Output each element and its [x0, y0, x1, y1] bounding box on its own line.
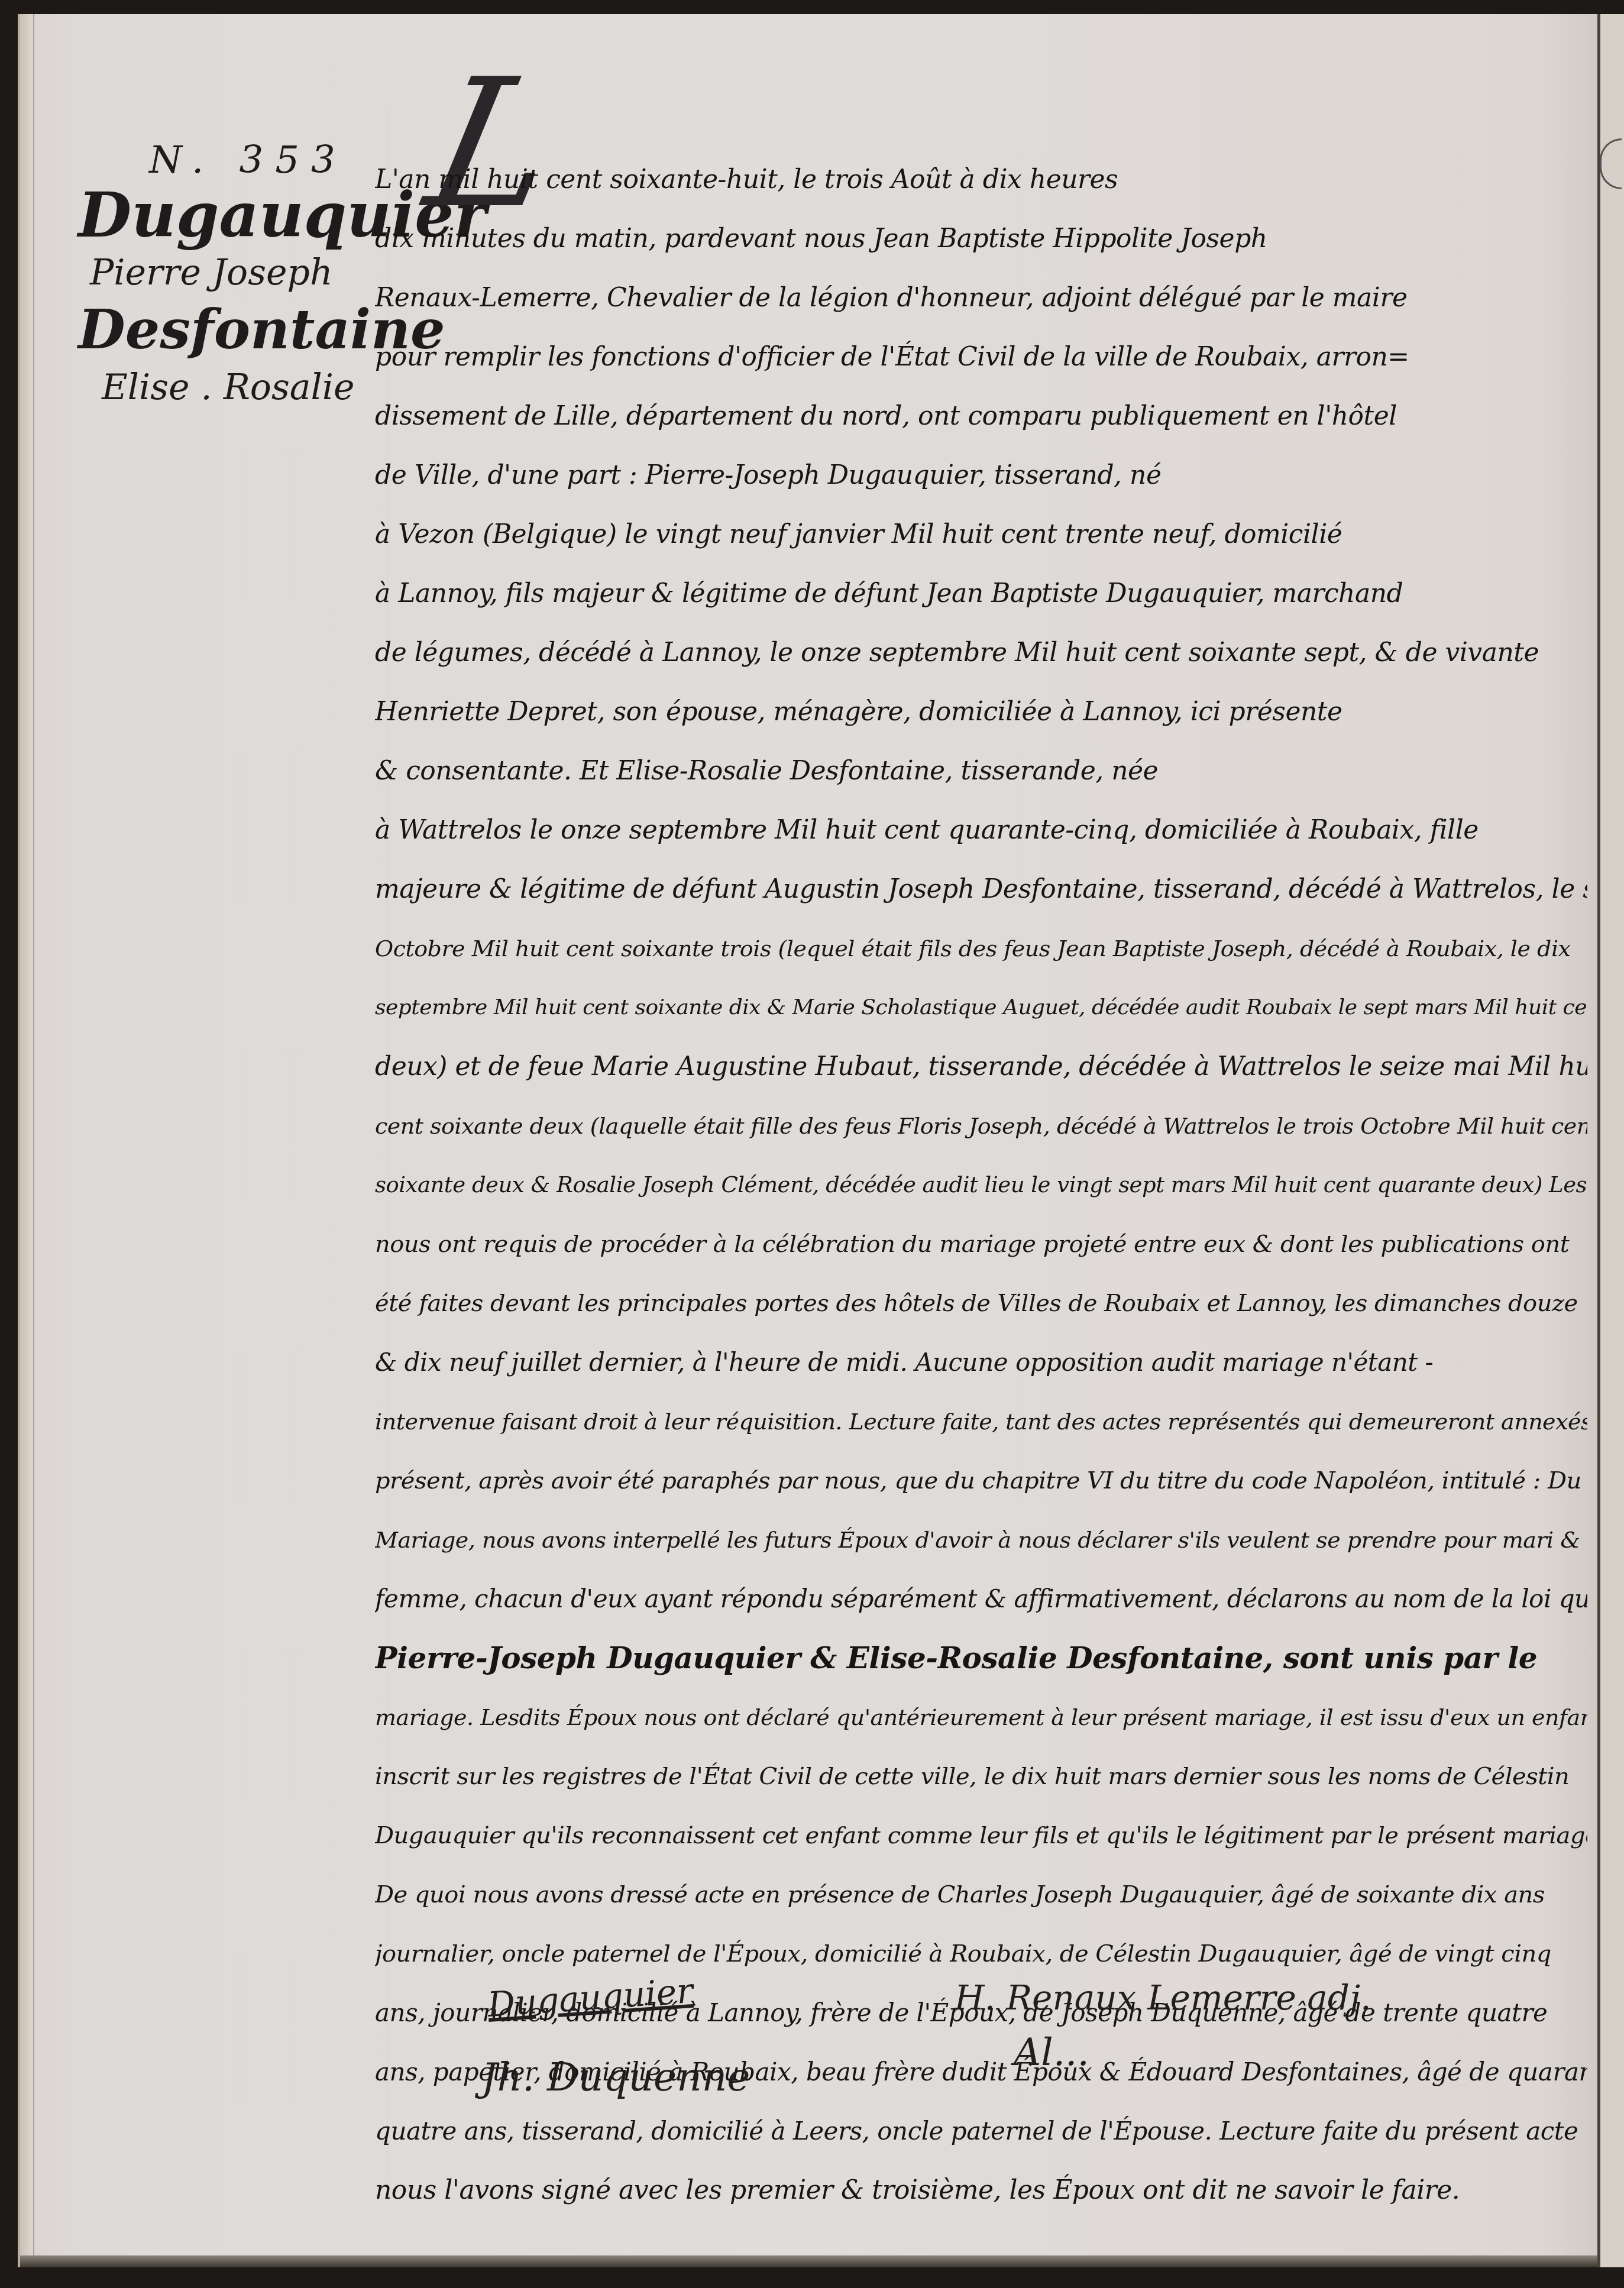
text-line: à Wattrelos le onze septembre Mil huit c… — [375, 801, 1587, 860]
bride-surname: Desfontaine — [78, 297, 392, 362]
text-line: été faites devant les principales portes… — [375, 1274, 1587, 1333]
signature-renaux-lemerre: H. Renaux Lemerre adj. — [955, 1978, 1371, 2018]
text-line: nous ont requis de procéder à la célébra… — [375, 1215, 1587, 1274]
text-line: Mariage, nous avons interpellé les futur… — [375, 1510, 1587, 1569]
text-line: majeure & légitime de défunt Augustin Jo… — [375, 860, 1587, 919]
text-line: pour remplir les fonctions d'officier de… — [375, 328, 1587, 387]
text-line: nous l'avons signé avec les premier & tr… — [375, 2161, 1587, 2220]
adjacent-page-edge — [1597, 14, 1624, 2267]
text-line: Renaux-Lemerre, Chevalier de la légion d… — [375, 268, 1587, 328]
groom-surname: Dugauquier — [78, 182, 392, 248]
text-line: cent soixante deux (laquelle était fille… — [375, 1096, 1587, 1156]
text-line: intervenue faisant droit à leur réquisit… — [375, 1392, 1587, 1451]
signature-duquenne: Jh. Duquenne — [481, 2054, 750, 2100]
text-line: & consentante. Et Elise-Rosalie Desfonta… — [375, 742, 1587, 801]
register-page: N. 353 Dugauquier Pierre Joseph Desfonta… — [18, 14, 1605, 2267]
text-line: L'an mil huit cent soixante-huit, le tro… — [375, 150, 1587, 209]
text-line: inscrit sur les registres de l'État Civi… — [375, 1747, 1587, 1806]
text-line: & dix neuf juillet dernier, à l'heure de… — [375, 1333, 1587, 1392]
page-left-edge — [20, 14, 34, 2267]
text-line: mariage. Lesdits Époux nous ont déclaré … — [375, 1688, 1587, 1747]
text-line: soixante deux & Rosalie Joseph Clément, … — [375, 1156, 1587, 1215]
text-line: Pierre-Joseph Dugauquier & Elise-Rosalie… — [375, 1629, 1587, 1688]
act-body: L'an mil huit cent soixante-huit, le tro… — [375, 150, 1587, 2220]
page-bottom-edge — [20, 2255, 1605, 2267]
bride-given-names: Elise . Rosalie — [102, 362, 392, 413]
text-line: dissement de Lille, département du nord,… — [375, 387, 1587, 446]
signature-witness: Al... — [1014, 2031, 1089, 2075]
text-line: septembre Mil huit cent soixante dix & M… — [375, 978, 1587, 1037]
text-line: Henriette Depret, son épouse, ménagère, … — [375, 682, 1587, 742]
margin-annotation: N. 353 Dugauquier Pierre Joseph Desfonta… — [84, 138, 392, 413]
groom-given-names: Pierre Joseph — [90, 248, 392, 297]
text-line: dix minutes du matin, pardevant nous Jea… — [375, 209, 1587, 268]
signatures: Dugauquier Jh. Duquenne H. Renaux Lemerr… — [434, 1966, 1558, 2161]
text-line: de Ville, d'une part : Pierre-Joseph Dug… — [375, 446, 1587, 505]
signature-dugauquier: Dugauquier — [486, 1970, 694, 2025]
act-number: N. 353 — [149, 138, 392, 182]
text-line: Dugauquier qu'ils reconnaissent cet enfa… — [375, 1806, 1587, 1865]
text-line: à Vezon (Belgique) le vingt neuf janvier… — [375, 505, 1587, 564]
text-line: Octobre Mil huit cent soixante trois (le… — [375, 919, 1587, 978]
text-line: à Lannoy, fils majeur & légitime de défu… — [375, 564, 1587, 623]
text-line: deux) et de feue Marie Augustine Hubaut,… — [375, 1037, 1587, 1096]
stamp-icon — [1600, 138, 1622, 189]
text-line: de légumes, décédé à Lannoy, le onze sep… — [375, 623, 1587, 682]
text-line: femme, chacun d'eux ayant répondu séparé… — [375, 1569, 1587, 1629]
text-line: De quoi nous avons dressé acte en présen… — [375, 1865, 1587, 1924]
text-line: présent, après avoir été paraphés par no… — [375, 1451, 1587, 1510]
